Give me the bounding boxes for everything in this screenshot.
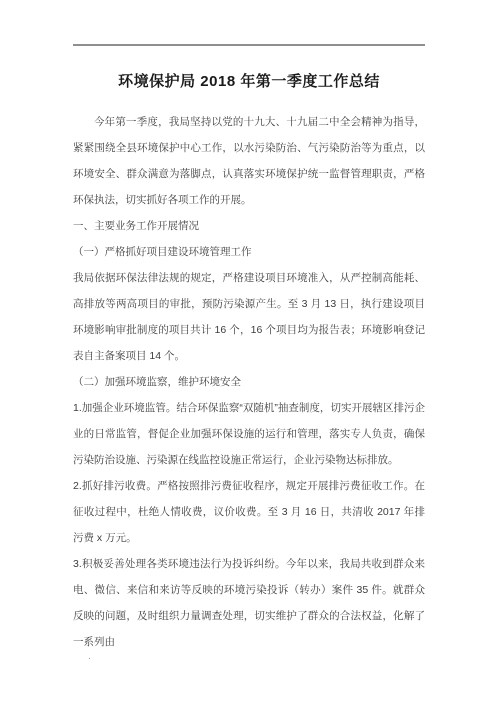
stray-mark: . xyxy=(88,652,91,662)
paragraph-supervision: 1.加强企业环境监管。结合环保监察“双随机”抽查制度，切实开展辖区排污企业的日常… xyxy=(73,395,425,473)
document-content: 环境保护局 2018 年第一季度工作总结 今年第一季度，我局坚持以党的十九大、十… xyxy=(73,0,425,655)
section-heading-1: 一、主要业务工作开展情况 xyxy=(73,213,425,239)
intro-paragraph: 今年第一季度，我局坚持以党的十九大、十九届二中全会精神为指导，紧紧围绕全县环境保… xyxy=(73,109,425,213)
sub-heading-1-2: （二）加强环境监察，维护环境安全 xyxy=(73,369,425,395)
paragraph-project-management: 我局依据环保法律法规的规定，严格建设项目环境准入，从严控制高能耗、高排放等两高项… xyxy=(73,265,425,369)
document-body: 今年第一季度，我局坚持以党的十九大、十九届二中全会精神为指导，紧紧围绕全县环境保… xyxy=(73,109,425,655)
document-page: 环境保护局 2018 年第一季度工作总结 今年第一季度，我局坚持以党的十九大、十… xyxy=(0,0,500,708)
header-rule xyxy=(73,44,425,46)
paragraph-complaints: 3.积极妥善处理各类环境违法行为投诉纠纷。今年以来，我局共收到群众来电、微信、来… xyxy=(73,551,425,655)
paragraph-pollution-fee: 2.抓好排污收费。严格按照排污费征收程序，规定开展排污费征收工作。在征收过程中，… xyxy=(73,473,425,551)
sub-heading-1-1: （一）严格抓好项目建设环境管理工作 xyxy=(73,239,425,265)
document-title: 环境保护局 2018 年第一季度工作总结 xyxy=(73,74,425,90)
